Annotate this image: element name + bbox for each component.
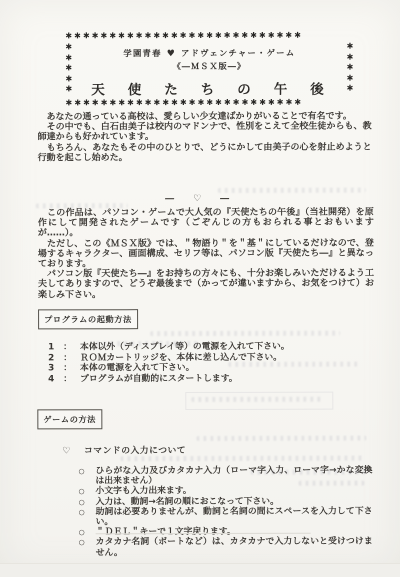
bullet-text: 入力は、動詞→名詞の順におこなって下さい。 (96, 496, 373, 507)
bleedthrough-artifact (250, 470, 365, 475)
command-notes-list: ○ ひらがな入力及びカタカナ入力（ローマ字入力、ローマ字→かな変換は出来ません）… (78, 466, 372, 559)
platform-line: 《―ＭＳＸ版―》 (72, 61, 347, 73)
step-text: プログラムが自動的にスタートします。 (80, 374, 238, 385)
bleedthrough-artifact (96, 341, 200, 346)
intro-paragraph: その中でも、白石由美子は校内のマドンナで、性別をこえて全校生徒からも、教師達から… (38, 122, 372, 143)
bleedthrough-artifact (191, 397, 324, 402)
intro-paragraph: もちろん、あなたもその中のひとりで、どうにかして由美子の心を射止めようと行動を起… (38, 142, 372, 163)
bleedthrough-artifact (120, 456, 365, 462)
bullet-text: 小文字も入力出来ます。 (96, 486, 373, 497)
bullet-icon: ○ (79, 528, 87, 538)
section-label-play: ゲームの方法 (37, 409, 102, 429)
bullet-icon: ○ (79, 497, 87, 507)
heart-outline-icon: ♡ (62, 446, 71, 456)
bleedthrough-artifact (299, 481, 365, 486)
bullet-text: 助詞は必要ありませんが、動詞と名詞の間にスペースを入力して下さい。 (96, 506, 373, 527)
command-input-heading: ♡コマンドの入力について (62, 443, 186, 456)
about-paragraph: この作品は、パソコン・ゲームで大人気の『天使たちの午後』（当社開発）を原作にして… (38, 208, 374, 239)
page-title: 天使たちの午後 (72, 78, 347, 99)
boot-step: 4 ： プログラムが自動的にスタートします。 (46, 374, 289, 385)
about-paragraph: ただし、この《ＭＳＸ版》では、＂物語り＂を＂基＂にしているだけなので、登場するキ… (38, 238, 374, 269)
bleedthrough-artifact (218, 188, 366, 193)
intro-paragraphs: あなたの通っている高校は、愛らしい少女達ばかりがいることで有名です。 その中でも… (38, 112, 372, 164)
step-separator: ： (63, 374, 72, 385)
bleedthrough-artifact (228, 362, 358, 367)
bullet-icon: ○ (79, 507, 87, 527)
about-paragraphs: この作品は、パソコン・ゲームで大人気の『天使たちの午後』（当社開発）を原作にして… (38, 208, 374, 301)
genre-suffix: アドヴェンチャー・ゲーム (181, 48, 295, 58)
about-paragraph: パソコン版『天使たち―』をお持ちの方々にも、十分お楽しみいただけるよう工夫してあ… (38, 269, 374, 300)
command-heading-text: コマンドの入力について (84, 446, 186, 456)
bullet-icon: ○ (79, 538, 87, 558)
bullet-text: カタカナ名詞（ボートなど）は、カタカナで入力しないと受けつけません。 (96, 537, 373, 558)
bleedthrough-artifact (150, 331, 340, 336)
step-number: 1 (46, 342, 56, 353)
step-number: 3 (46, 364, 56, 375)
step-separator: ： (63, 364, 72, 375)
scanned-manual-page: ✱✱✱✱✱✱✱✱✱✱✱✱✱✱✱✱✱✱✱✱✱✱✱✱✱✱✱ ✱ ✱ ✱ ✱ ✱ 学園… (0, 0, 400, 577)
genre-label: 学園青春 (123, 48, 161, 58)
bleedthrough-artifact (196, 436, 366, 441)
paper-bottom-edge (0, 563, 400, 577)
star-border-bottom: ✱✱✱✱✱✱✱✱✱✱✱✱✱✱✱✱✱✱✱✱✱✱✱✱✱✱✱ (66, 98, 338, 108)
step-text: 本体の電源を入れて下さい。 (80, 363, 194, 374)
step-separator: ： (63, 342, 72, 353)
step-separator: ： (63, 353, 72, 364)
step-number: 2 (46, 353, 56, 364)
bullet-icon: ○ (79, 487, 87, 497)
step-number: 4 (46, 374, 56, 385)
bullet-icon: ○ (78, 466, 86, 486)
list-item: ○ カタカナ名詞（ボートなど）は、カタカナで入力しないと受けつけません。 (79, 537, 373, 558)
title-star-box: ✱✱✱✱✱✱✱✱✱✱✱✱✱✱✱✱✱✱✱✱✱✱✱✱✱✱✱ ✱ ✱ ✱ ✱ ✱ 学園… (65, 31, 337, 108)
heart-icon: ♥ (162, 49, 181, 59)
section-label-boot: プログラムの起動方法 (38, 309, 138, 329)
star-border-right: ✱ ✱ ✱ ✱ ✱ (347, 40, 354, 98)
list-item: ○ 助詞は必要ありませんが、動詞と名詞の間にスペースを入力して下さい。 (79, 506, 373, 527)
bleedthrough-artifact (36, 203, 128, 208)
genre-line: 学園青春♥アドヴェンチャー・ゲーム (72, 47, 347, 60)
